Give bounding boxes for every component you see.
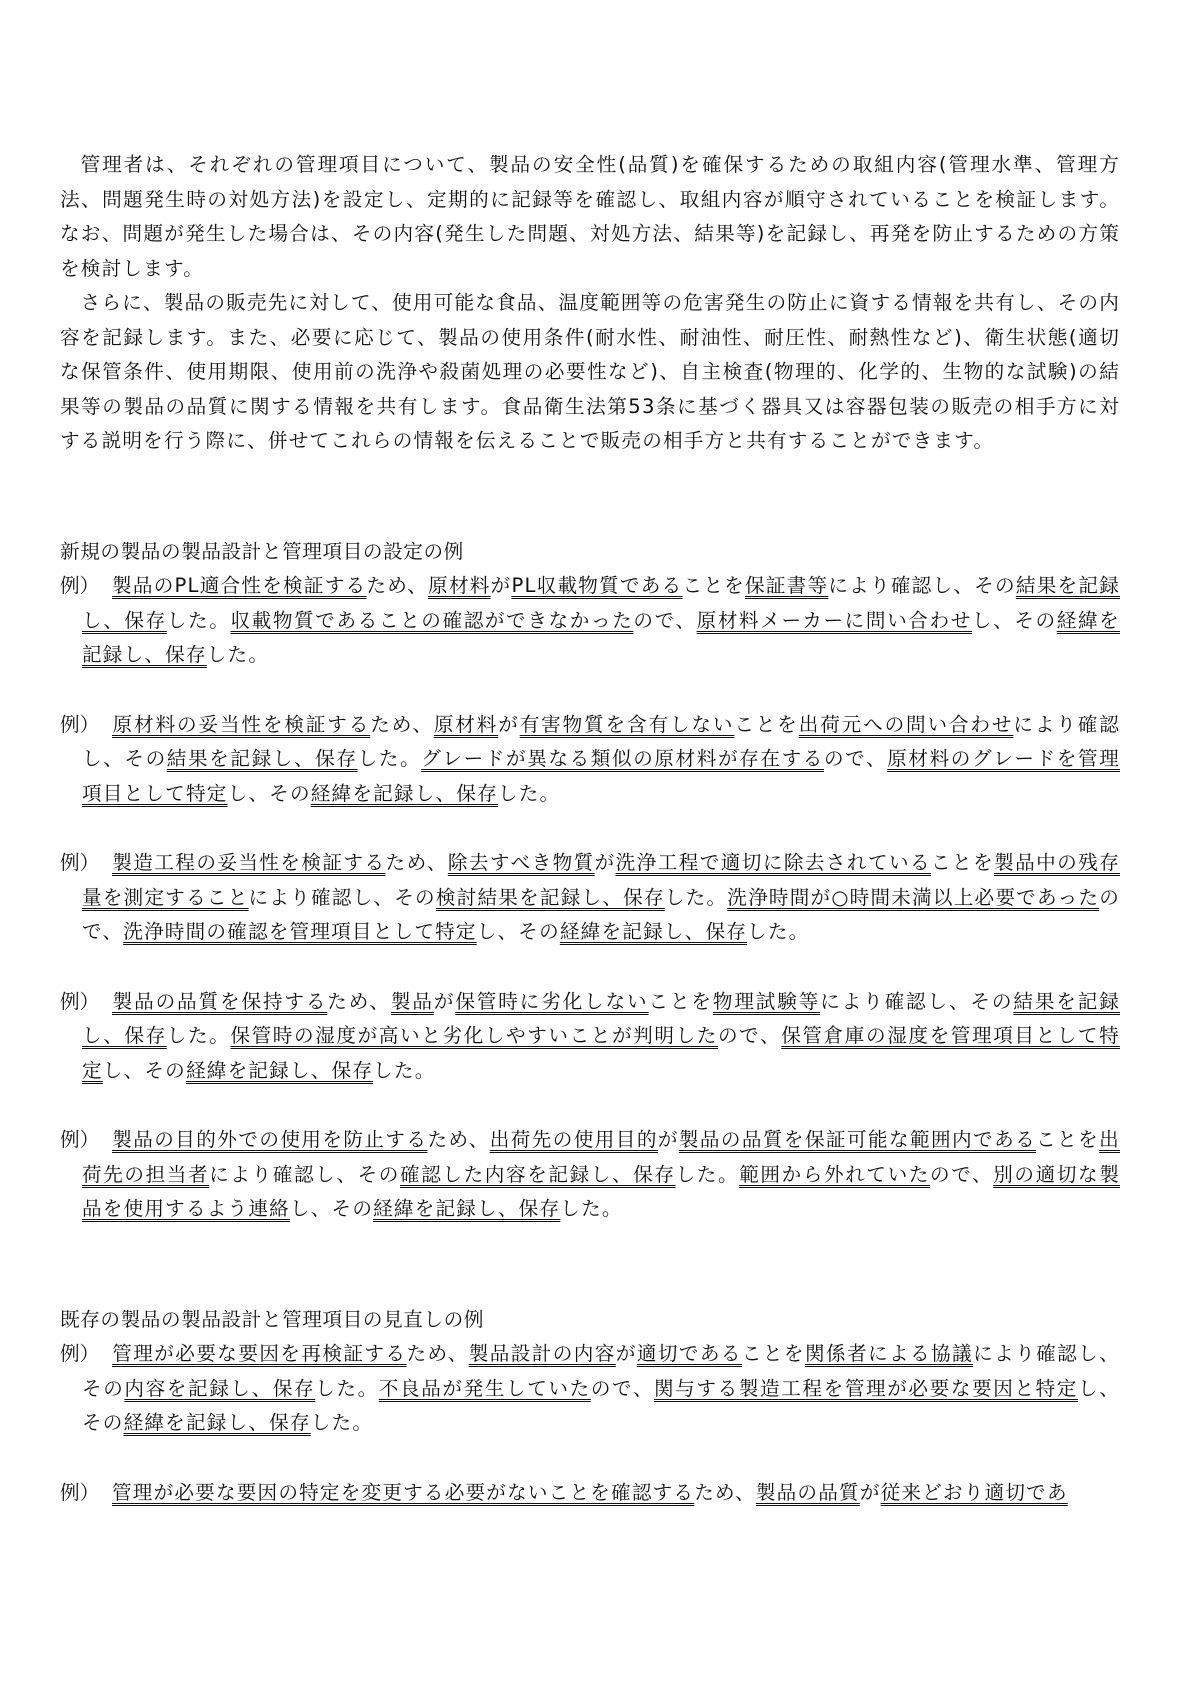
example-item: 例）原材料の妥当性を検証するため、原材料が有害物質を含有しないことを出荷元への問… bbox=[60, 708, 1120, 812]
example-section: 新規の製品の製品設計と管理項目の設定の例例）製品のPL適合性を検証するため、原材… bbox=[60, 535, 1120, 1227]
underlined-phrase: 原材料メーカーに問い合わせ bbox=[697, 609, 972, 632]
text-run: した。 bbox=[167, 609, 231, 632]
text-run: した。 bbox=[498, 782, 560, 805]
example-section: 既存の製品の製品設計と管理項目の見直しの例例）管理が必要な要因を再検証するため、… bbox=[60, 1303, 1120, 1511]
text-run: ことを bbox=[734, 713, 798, 736]
text-run: ことを bbox=[682, 574, 745, 597]
underlined-phrase: 関与する製造工程を管理が必要な要因と特定 bbox=[654, 1377, 1078, 1400]
underlined-phrase: 範囲から外れていた bbox=[739, 1163, 930, 1186]
underlined-phrase: 経緯を記録し、保存 bbox=[373, 1197, 560, 1220]
example-label: 例） bbox=[60, 1123, 112, 1158]
example-item: 例）管理が必要な要因の特定を変更する必要がないことを確認するため、製品の品質が従… bbox=[60, 1476, 1120, 1511]
underlined-phrase: 内容を記録し、保存 bbox=[124, 1377, 315, 1400]
example-item: 例）製品のPL適合性を検証するため、原材料がPL収載物質であることを保証書等によ… bbox=[60, 569, 1120, 673]
underlined-phrase: 管理が必要な要因を再検証する bbox=[112, 1342, 406, 1365]
text-run: し、その bbox=[290, 1197, 373, 1220]
underlined-phrase: 製品のPL適合性を検証する bbox=[112, 574, 366, 597]
underlined-phrase: PL収載物質である bbox=[511, 574, 682, 597]
text-run: により確認し、その bbox=[820, 990, 1013, 1013]
text-run: により確認し、その bbox=[828, 574, 1016, 597]
underlined-phrase: 製品の品質を保証可能な範囲内である bbox=[679, 1128, 1036, 1151]
example-label: 例） bbox=[60, 846, 112, 881]
text-run: ので、 bbox=[633, 609, 696, 632]
underlined-phrase: 経緯を記録し、保存 bbox=[311, 782, 498, 805]
text-run: が bbox=[434, 990, 455, 1013]
text-run: ため、 bbox=[370, 713, 434, 736]
underlined-phrase: 経緯を記録し、保存 bbox=[124, 1411, 311, 1434]
text-run: ため、 bbox=[366, 574, 428, 597]
text-run: した。 bbox=[167, 1024, 231, 1047]
underlined-phrase: 物理試験等 bbox=[713, 990, 820, 1013]
underlined-phrase: 有害物質を含有しない bbox=[520, 713, 735, 736]
underlined-phrase: グレードが異なる類似の原材料が存在する bbox=[421, 747, 824, 770]
underlined-phrase: 関係者による協議 bbox=[805, 1342, 973, 1365]
text-run: した。 bbox=[373, 1059, 435, 1082]
text-run: ことを bbox=[1036, 1128, 1099, 1151]
text-run: により確認し、その bbox=[249, 886, 436, 909]
text-run: が bbox=[491, 574, 512, 597]
underlined-phrase: 結果を記録し、保存 bbox=[167, 747, 358, 770]
text-run: ので、 bbox=[718, 1024, 781, 1047]
intro-paragraph-2: さらに、製品の販売先に対して、使用可能な食品、温度範囲等の危害発生の防止に資する… bbox=[60, 286, 1120, 459]
example-label: 例） bbox=[60, 569, 112, 604]
underlined-phrase: 従来どおり適切であ bbox=[881, 1481, 1068, 1504]
underlined-phrase: 出荷先の使用目的 bbox=[490, 1128, 658, 1151]
underlined-phrase: 出荷元への問い合わせ bbox=[799, 713, 1014, 736]
document-page: 管理者は、それぞれの管理項目について、製品の安全性(品質)を確保するための取組内… bbox=[60, 148, 1120, 1510]
underlined-phrase: 適切である bbox=[637, 1342, 742, 1365]
text-run: ため、 bbox=[694, 1481, 756, 1504]
text-run: した。 bbox=[207, 643, 269, 666]
text-run: ので、 bbox=[591, 1377, 654, 1400]
underlined-phrase: 管理が必要な要因の特定を変更する必要がないことを確認する bbox=[112, 1481, 694, 1504]
text-run: ことを bbox=[648, 990, 712, 1013]
underlined-phrase: 洗浄時間が○時間未満以上必要であった bbox=[727, 886, 1099, 909]
intro-paragraph-1: 管理者は、それぞれの管理項目について、製品の安全性(品質)を確保するための取組内… bbox=[60, 148, 1120, 286]
underlined-phrase: 保管時に劣化しない bbox=[455, 990, 648, 1013]
text-run: した。 bbox=[676, 1163, 740, 1186]
underlined-phrase: 原材料 bbox=[428, 574, 491, 597]
section-heading: 既存の製品の製品設計と管理項目の見直しの例 bbox=[60, 1303, 1120, 1338]
text-run: が bbox=[860, 1481, 881, 1504]
example-item: 例）製品の品質を保持するため、製品が保管時に劣化しないことを物理試験等により確認… bbox=[60, 985, 1120, 1089]
text-run: が bbox=[616, 1342, 637, 1365]
text-run: ので、 bbox=[824, 747, 887, 770]
underlined-phrase: 経緯を記録し、保存 bbox=[186, 1059, 373, 1082]
underlined-phrase: 製造工程の妥当性を検証する bbox=[112, 851, 386, 874]
text-run: した。 bbox=[311, 1411, 373, 1434]
text-run: により確認し、その bbox=[209, 1163, 400, 1186]
text-run: した。 bbox=[665, 886, 727, 909]
underlined-phrase: 原材料の妥当性を検証する bbox=[112, 713, 370, 736]
text-run: が bbox=[658, 1128, 679, 1151]
underlined-phrase: 検討結果を記録し、保存 bbox=[436, 886, 665, 909]
example-label: 例） bbox=[60, 1476, 112, 1511]
underlined-phrase: 除去すべき物質 bbox=[448, 851, 595, 874]
underlined-phrase: 製品の品質を保持する bbox=[112, 990, 327, 1013]
text-run: が bbox=[498, 713, 519, 736]
underlined-phrase: 原材料 bbox=[434, 713, 498, 736]
example-item: 例）製造工程の妥当性を検証するため、除去すべき物質が洗浄工程で適切に除去されてい… bbox=[60, 846, 1120, 950]
underlined-phrase: 洗浄時間の確認を管理項目として特定 bbox=[123, 920, 477, 943]
text-run: し、その bbox=[972, 609, 1057, 632]
examples-container: 新規の製品の製品設計と管理項目の設定の例例）製品のPL適合性を検証するため、原材… bbox=[60, 535, 1120, 1511]
underlined-phrase: 洗浄工程で適切に除去されている bbox=[616, 851, 931, 874]
example-item: 例）管理が必要な要因を再検証するため、製品設計の内容が適切であることを関係者によ… bbox=[60, 1337, 1120, 1441]
underlined-phrase: 保管時の湿度が高いと劣化しやすいことが判明した bbox=[230, 1024, 718, 1047]
text-run: し、その bbox=[103, 1059, 186, 1082]
text-run: ことを bbox=[742, 1342, 805, 1365]
example-label: 例） bbox=[60, 708, 112, 743]
text-run: ため、 bbox=[427, 1128, 489, 1151]
underlined-phrase: 製品の品質 bbox=[756, 1481, 860, 1504]
text-run: ので、 bbox=[930, 1163, 993, 1186]
underlined-phrase: 確認した内容を記録し、保存 bbox=[400, 1163, 676, 1186]
text-run: ことを bbox=[931, 851, 994, 874]
text-run: ため、 bbox=[386, 851, 448, 874]
text-run: が bbox=[595, 851, 616, 874]
example-label: 例） bbox=[60, 1337, 112, 1372]
section-heading: 新規の製品の製品設計と管理項目の設定の例 bbox=[60, 535, 1120, 570]
underlined-phrase: 経緯を記録し、保存 bbox=[560, 920, 747, 943]
underlined-phrase: 収載物質であることの確認ができなかった bbox=[230, 609, 633, 632]
example-item: 例）製品の目的外での使用を防止するため、出荷先の使用目的が製品の品質を保証可能な… bbox=[60, 1123, 1120, 1227]
text-run: し、その bbox=[477, 920, 560, 943]
underlined-phrase: 保証書等 bbox=[745, 574, 828, 597]
text-run: ため、 bbox=[406, 1342, 468, 1365]
underlined-phrase: 製品設計の内容 bbox=[469, 1342, 616, 1365]
text-run: した。 bbox=[560, 1197, 622, 1220]
text-run: ため、 bbox=[327, 990, 391, 1013]
underlined-phrase: 不良品が発生していた bbox=[379, 1377, 591, 1400]
text-run: した。 bbox=[315, 1377, 379, 1400]
text-run: した。 bbox=[358, 747, 422, 770]
text-run: し、その bbox=[228, 782, 311, 805]
text-run: した。 bbox=[747, 920, 809, 943]
example-label: 例） bbox=[60, 985, 112, 1020]
underlined-phrase: 製品の目的外での使用を防止する bbox=[112, 1128, 427, 1151]
underlined-phrase: 製品 bbox=[391, 990, 434, 1013]
